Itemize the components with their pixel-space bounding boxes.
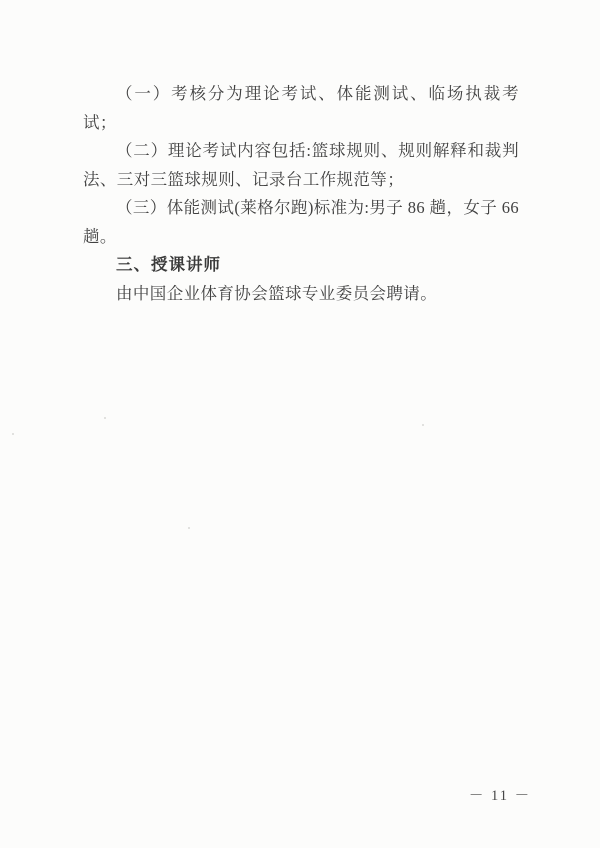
scanned-document-page: （一）考核分为理论考试、体能测试、临场执裁考试； （二）理论考试内容包括:篮球规… (0, 0, 600, 848)
document-text-block: （一）考核分为理论考试、体能测试、临场执裁考试； （二）理论考试内容包括:篮球规… (83, 80, 519, 308)
page-number: － 11 － (455, 784, 545, 805)
clause-theory-exam-content: （二）理论考试内容包括:篮球规则、规则解释和裁判法、三对三篮球规则、记录台工作规… (83, 137, 519, 194)
clause-assessment-types: （一）考核分为理论考试、体能测试、临场执裁考试； (83, 80, 519, 137)
scan-speck (104, 417, 106, 419)
lecturer-appointment-text: 由中国企业体育协会篮球专业委员会聘请。 (83, 280, 519, 309)
section-heading-lecturers: 三、授课讲师 (83, 251, 519, 280)
scan-speck (188, 527, 190, 529)
clause-fitness-test-standard: （三）体能测试(莱格尔跑)标准为:男子 86 趟，女子 66 趟。 (83, 194, 519, 251)
scan-speck (12, 433, 14, 435)
scan-speck (422, 424, 424, 426)
